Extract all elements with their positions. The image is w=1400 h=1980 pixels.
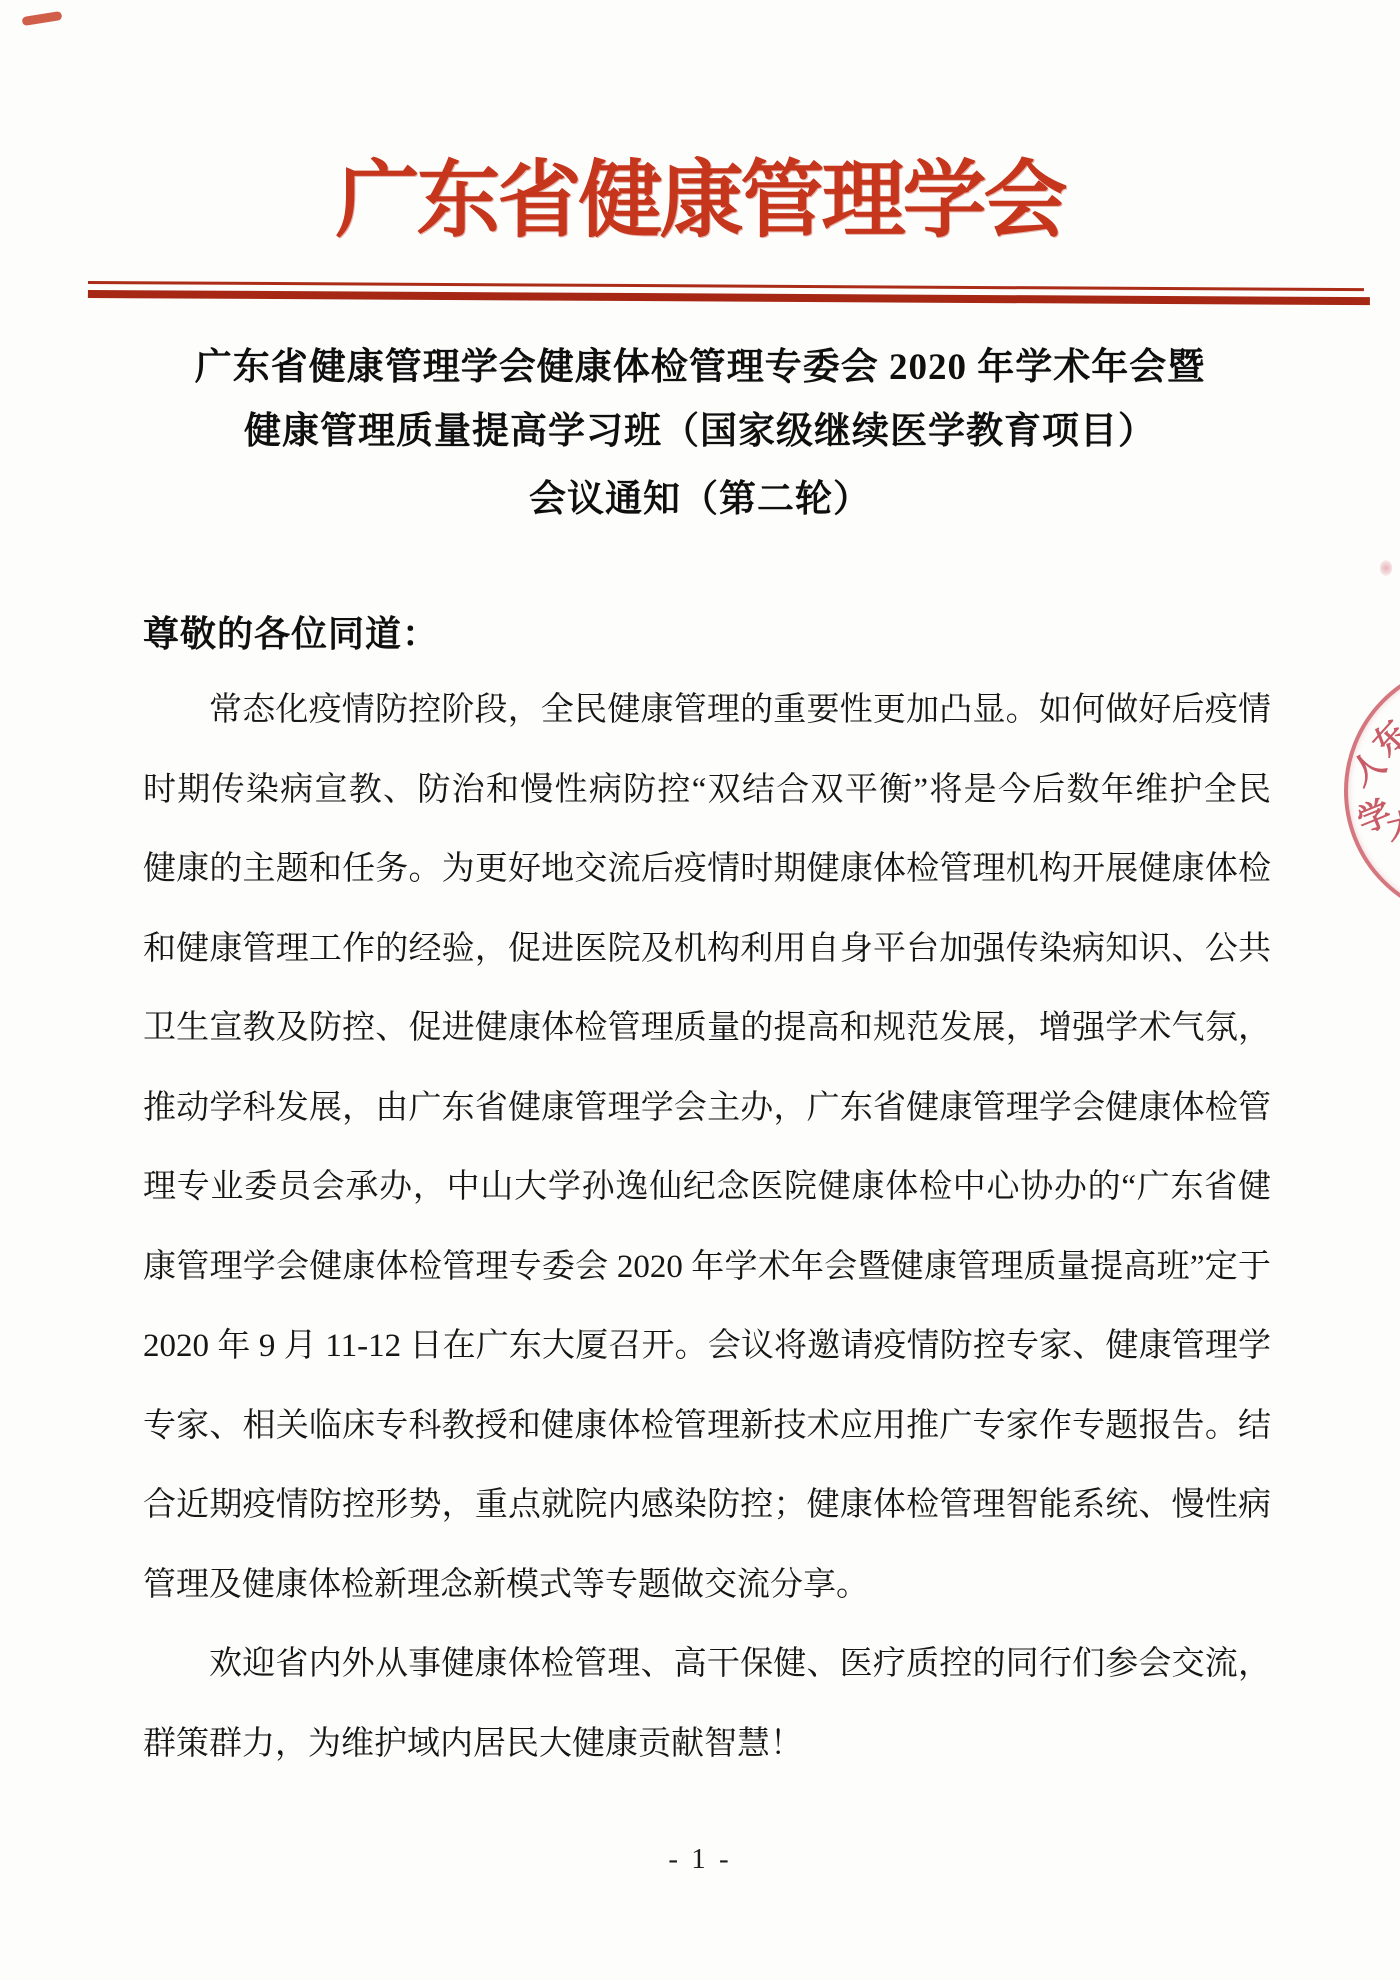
document-title-line-2: 健康管理质量提高学习班（国家级继续医学教育项目） [0,400,1400,454]
document-title-line-1: 广东省健康管理学会健康体检管理专委会 2020 年学术年会暨 [0,336,1400,390]
document-title-line-3: 会议通知（第二轮） [0,468,1400,522]
scan-artifact-pink-smudge [1380,560,1392,576]
page-number: - 1 - [0,1843,1400,1876]
body-line: 康管理学会健康体检管理专委会 2020 年学术年会暨健康管理质量提高班”定于 [143,1228,1271,1308]
body-line: 常态化疫情防控阶段，全民健康管理的重要性更加凸显。如何做好后疫情 [143,671,1271,751]
body-line: 群策群力，为维护域内居民大健康贡献智慧！ [143,1705,1271,1785]
scan-artifact-red-mark [22,11,63,26]
body-line: 理专业委员会承办，中山大学孙逸仙纪念医院健康体检中心协办的“广东省健 [143,1148,1271,1228]
body-line: 卫生宣教及防控、促进健康体检管理质量的提高和规范发展，增强学术气氛， [143,989,1271,1069]
body-line: 欢迎省内外从事健康体检管理、高干保健、医疗质控的同行们参会交流， [143,1625,1271,1705]
document-page: 广东省健康管理学会 广东省健康管理学会健康体检管理专委会 2020 年学术年会暨… [0,0,1400,1980]
letterhead-rule-thick [88,290,1370,305]
letterhead-rule [88,281,1370,305]
body-line: 专家、相关临床专科教授和健康体检管理新技术应用推广专家作专题报告。结 [143,1387,1271,1467]
salutation: 尊敬的各位同道： [143,606,439,657]
body-line: 合近期疫情防控形势，重点就院内感染防控；健康体检管理智能系统、慢性病 [143,1466,1271,1546]
body-line: 时期传染病宣教、防治和慢性病防控“双结合双平衡”将是今后数年维护全民 [143,751,1271,831]
body-line: 推动学科发展，由广东省健康管理学会主办，广东省健康管理学会健康体检管 [143,1069,1271,1149]
body-line: 2020 年 9 月 11-12 日在广东大厦召开。会议将邀请疫情防控专家、健康… [143,1307,1271,1387]
body-line: 和健康管理工作的经验，促进医院及机构利用自身平台加强传染病知识、公共 [143,910,1271,990]
official-seal-stamp: 东 人 学 术 [1344,661,1400,921]
body-line: 健康的主题和任务。为更好地交流后疫情时期健康体检管理机构开展健康体检 [143,830,1271,910]
letterhead-title: 广东省健康管理学会 [0,156,1400,248]
body-line: 管理及健康体检新理念新模式等专题做交流分享。 [143,1546,1271,1626]
letterhead-rule-thin [88,281,1364,291]
body-text: 常态化疫情防控阶段，全民健康管理的重要性更加凸显。如何做好后疫情 时期传染病宣教… [143,671,1271,1784]
